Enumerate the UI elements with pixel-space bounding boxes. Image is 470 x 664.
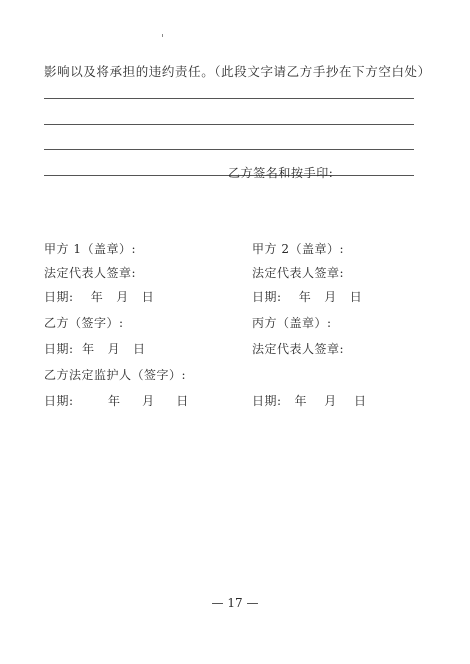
handwriting-line-3[interactable] xyxy=(44,149,414,150)
scan-speck xyxy=(162,34,163,37)
party-a1-date: 日期: 年 月 日 xyxy=(44,288,154,305)
handwriting-line-1[interactable] xyxy=(44,98,414,99)
party-c-rep-signature: 法定代表人签章: xyxy=(252,340,344,357)
page-number: — 17 — xyxy=(0,596,470,610)
party-a2-date: 日期: 年 月 日 xyxy=(252,288,362,305)
signature-label: 乙方签名和按手印: xyxy=(228,164,333,181)
handwriting-line-2[interactable] xyxy=(44,124,414,125)
party-a2-rep-signature: 法定代表人签章: xyxy=(252,264,344,281)
party-a1-rep-signature: 法定代表人签章: xyxy=(44,264,136,281)
party-b-guardian-signature: 乙方法定监护人（签字）: xyxy=(44,366,186,383)
party-b-signature: 乙方（签字）: xyxy=(44,314,124,331)
party-c-date: 日期: 年 月 日 xyxy=(252,392,367,409)
party-a1-seal: 甲方 1（盖章）: xyxy=(44,240,136,257)
instruction-text: 影响以及将承担的违约责任。（此段文字请乙方手抄在下方空白处） xyxy=(44,62,431,80)
party-c-seal: 丙方（盖章）: xyxy=(252,314,332,331)
party-a2-seal: 甲方 2（盖章）: xyxy=(252,240,344,257)
party-b-guardian-date: 日期: 年 月 日 xyxy=(44,392,189,409)
party-b-date: 日期: 年 月 日 xyxy=(44,340,146,357)
